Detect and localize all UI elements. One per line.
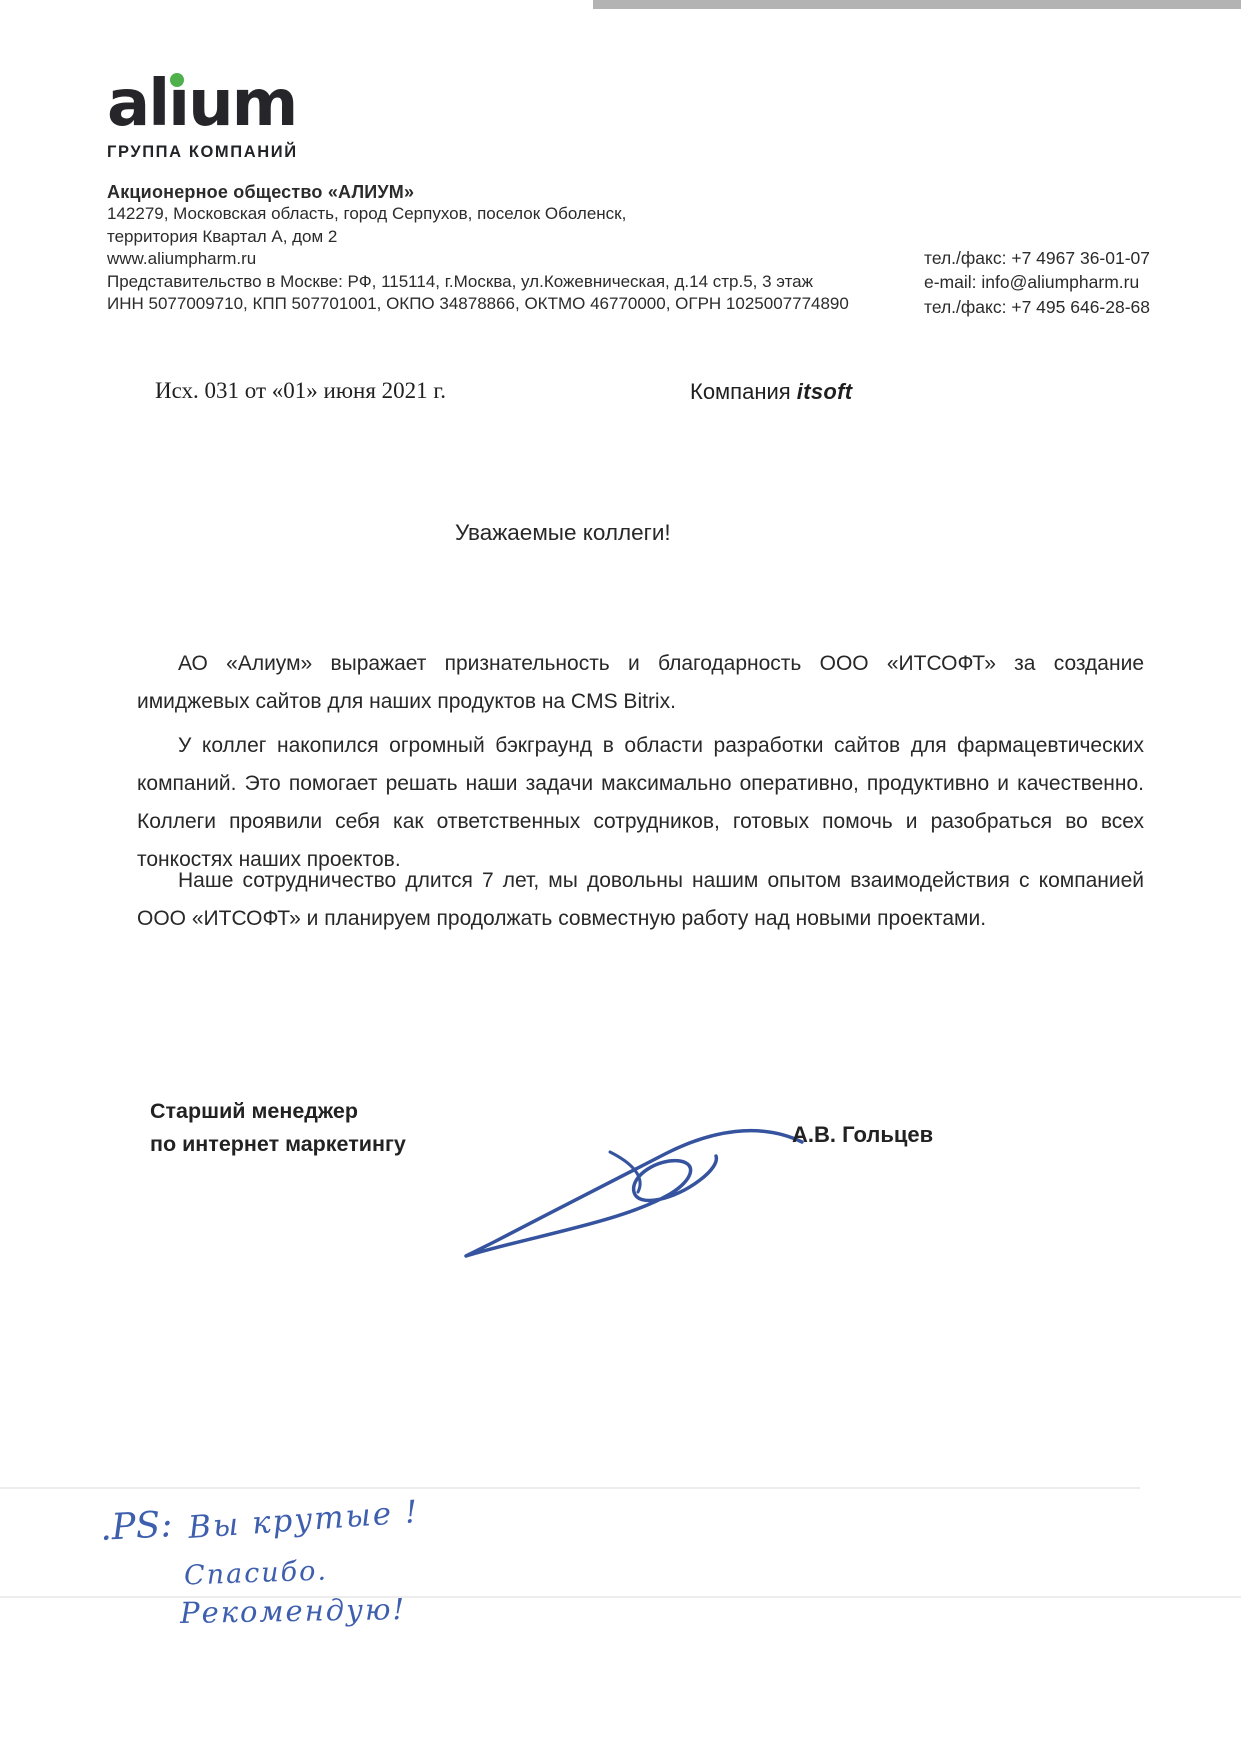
scan-artifact-strip (593, 0, 1241, 9)
company-website: www.aliumpharm.ru (107, 248, 849, 270)
logo-subtitle: ГРУППА КОМПАНИЙ (107, 143, 298, 162)
recipient: Компания itsoft (690, 379, 852, 405)
company-details: Акционерное общество «АЛИУМ» 142279, Мос… (107, 181, 849, 315)
email-address: e-mail: info@aliumpharm.ru (924, 270, 1150, 294)
company-name: Акционерное общество «АЛИУМ» (107, 181, 849, 203)
body-paragraph-2: У коллег накопился огромный бэкграунд в … (137, 727, 1144, 879)
logo-wordmark: alıum (107, 72, 298, 136)
outgoing-reference: Исх. 031 от «01» июня 2021 г. (155, 378, 446, 404)
company-address-line2: территория Квартал А, дом 2 (107, 226, 849, 248)
company-moscow-office: Представительство в Москве: РФ, 115114, … (107, 271, 849, 293)
phone-fax-secondary: тел./факс: +7 495 646-28-68 (924, 295, 1150, 319)
company-logo: alıum ГРУППА КОМПАНИЙ (107, 72, 298, 162)
company-registration-numbers: ИНН 5077009710, КПП 507701001, ОКПО 3487… (107, 293, 849, 315)
recipient-company-name: itsoft (797, 379, 853, 404)
phone-fax-primary: тел./факс: +7 4967 36-01-07 (924, 246, 1150, 270)
postscript-label: .PS: (99, 1504, 174, 1549)
company-contacts: тел./факс: +7 4967 36-01-07 e-mail: info… (924, 246, 1150, 319)
body-paragraph-3: Наше сотрудничество длится 7 лет, мы дов… (137, 862, 1144, 938)
signer-name: А.В. Гольцев (792, 1122, 933, 1148)
signer-position-line2: по интернет маркетингу (150, 1128, 406, 1161)
salutation: Уважаемые коллеги! (455, 520, 671, 546)
scan-artifact-line (0, 1487, 1140, 1489)
postscript-line3: Рекомендую! (180, 1592, 407, 1630)
signer-position: Старший менеджер по интернет маркетингу (150, 1095, 406, 1161)
signer-position-line1: Старший менеджер (150, 1095, 406, 1128)
body-paragraph-1: АО «Алиум» выражает признательность и бл… (137, 645, 1144, 721)
postscript-line1: Вы крутые ! (187, 1494, 420, 1546)
postscript-line2: Спасибо. (184, 1555, 329, 1591)
scanned-letter-page: alıum ГРУППА КОМПАНИЙ Акционерное общест… (0, 0, 1241, 1755)
recipient-label: Компания (690, 379, 797, 404)
handwritten-signature (460, 1118, 810, 1263)
company-address-line1: 142279, Московская область, город Серпух… (107, 203, 849, 225)
